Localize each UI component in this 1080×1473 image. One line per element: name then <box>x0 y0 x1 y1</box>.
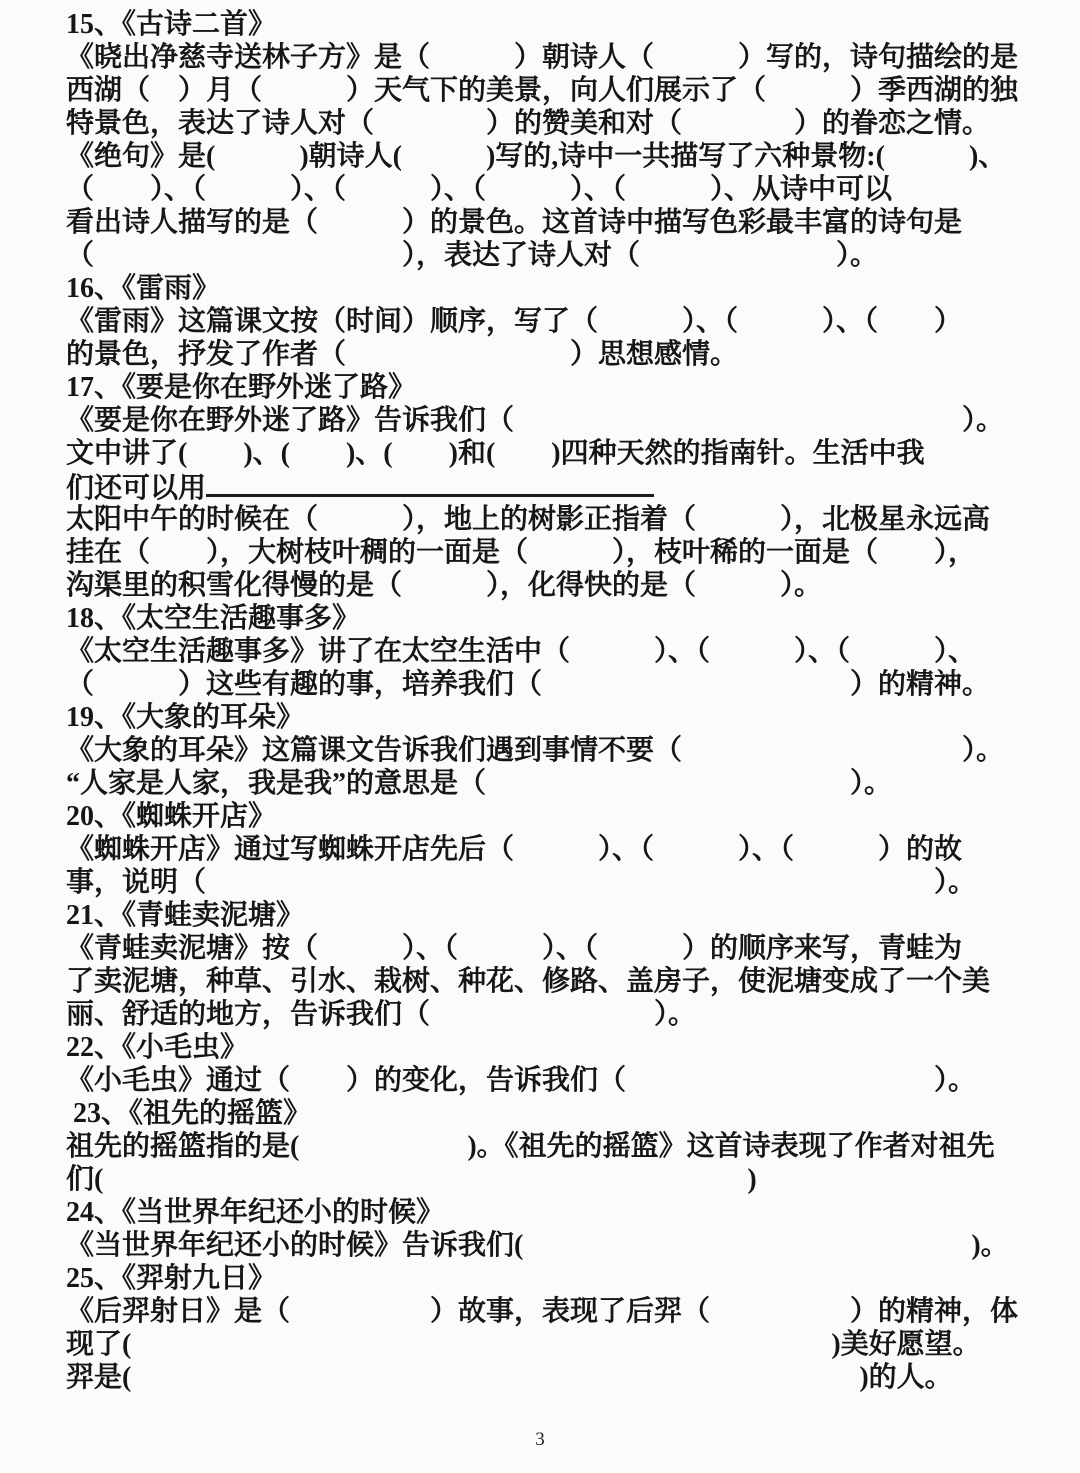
text-line: 沟渠里的积雪化得慢的是（ ），化得快的是（ ）。 <box>66 569 1068 602</box>
text-line: 《绝句》是( )朝诗人( )写的,诗中一共描写了六种景物:( )、 <box>66 140 1068 173</box>
text-line: 《晓出净慈寺送林子方》是（ ）朝诗人（ ）写的，诗句描绘的是 <box>66 41 1068 74</box>
text-line: 《要是你在野外迷了路》告诉我们（ ）。 <box>66 404 1068 437</box>
text-line: （ ）这些有趣的事，培养我们（ ）的精神。 <box>66 668 1068 701</box>
text-line: 现了( )美好愿望。 <box>66 1328 1068 1361</box>
text-line-with-underline: 们还可以用 <box>66 470 1068 503</box>
text-line: “人家是人家，我是我”的意思是（ ）。 <box>66 767 1068 800</box>
item-15-title: 15、《古诗二首》 <box>66 8 1068 41</box>
text-line: 们( ) <box>66 1163 1068 1196</box>
text-line: 羿是( )的人。 <box>66 1361 1068 1394</box>
text-line: 挂在（ ），大树枝叶稠的一面是（ ），枝叶稀的一面是（ ）， <box>66 536 1068 569</box>
page-number: 3 <box>0 1429 1080 1451</box>
text-line: 看出诗人描写的是（ ）的景色。这首诗中描写色彩最丰富的诗句是 <box>66 206 1068 239</box>
text-line: 特景色，表达了诗人对（ ）的赞美和对（ ）的眷恋之情。 <box>66 107 1068 140</box>
item-24-title: 24、《当世界年纪还小的时候》 <box>66 1196 1068 1229</box>
text-line: （ ）、（ ）、（ ）、（ ）、（ ）、从诗中可以 <box>66 173 1068 206</box>
item-19-title: 19、《大象的耳朵》 <box>66 701 1068 734</box>
text-line: 丽、舒适的地方，告诉我们（ ）。 <box>66 998 1068 1031</box>
worksheet-page: 15、《古诗二首》 《晓出净慈寺送林子方》是（ ）朝诗人（ ）写的，诗句描绘的是… <box>0 0 1080 1473</box>
item-21-title: 21、《青蛙卖泥塘》 <box>66 899 1068 932</box>
text-line: 事，说明（ ）。 <box>66 866 1068 899</box>
text-line: 《太空生活趣事多》讲了在太空生活中（ ）、（ ）、（ ）、 <box>66 635 1068 668</box>
text-line: 《后羿射日》是（ ）故事，表现了后羿（ ）的精神，体 <box>66 1295 1068 1328</box>
text-line: 《当世界年纪还小的时候》告诉我们( )。 <box>66 1229 1068 1262</box>
text-line: （ ），表达了诗人对（ ）。 <box>66 239 1068 272</box>
item-17-title: 17、《要是你在野外迷了路》 <box>66 371 1068 404</box>
item-25-title: 25、《羿射九日》 <box>66 1262 1068 1295</box>
text-line: 《青蛙卖泥塘》按（ ）、（ ）、（ ）的顺序来写，青蛙为 <box>66 932 1068 965</box>
worksheet-body: 15、《古诗二首》 《晓出净慈寺送林子方》是（ ）朝诗人（ ）写的，诗句描绘的是… <box>66 8 1068 1394</box>
item-20-title: 20、《蜘蛛开店》 <box>66 800 1068 833</box>
item-22-title: 22、《小毛虫》 <box>66 1031 1068 1064</box>
text-line: 了卖泥塘，种草、引水、栽树、种花、修路、盖房子，使泥塘变成了一个美 <box>66 965 1068 998</box>
fill-in-underline <box>206 470 654 497</box>
text-line: 祖先的摇篮指的是( )。《祖先的摇篮》这首诗表现了作者对祖先 <box>66 1130 1068 1163</box>
text-line: 《大象的耳朵》这篇课文告诉我们遇到事情不要（ ）。 <box>66 734 1068 767</box>
text-line: 的景色，抒发了作者（ ）思想感情。 <box>66 338 1068 371</box>
underline-lead-text: 们还可以用 <box>66 473 206 503</box>
item-23-title: 23、《祖先的摇篮》 <box>66 1097 1068 1130</box>
text-line: 太阳中午的时候在（ ），地上的树影正指着（ ），北极星永远高 <box>66 503 1068 536</box>
text-line: 文中讲了( )、( )、( )和( )四种天然的指南针。生活中我 <box>66 437 1068 470</box>
text-line: 《雷雨》这篇课文按（时间）顺序，写了（ ）、（ ）、（ ） <box>66 305 1068 338</box>
text-line: 《小毛虫》通过（ ）的变化，告诉我们（ ）。 <box>66 1064 1068 1097</box>
text-line: 西湖（ ）月（ ）天气下的美景，向人们展示了（ ）季西湖的独 <box>66 74 1068 107</box>
text-line: 《蜘蛛开店》通过写蜘蛛开店先后（ ）、（ ）、（ ）的故 <box>66 833 1068 866</box>
item-18-title: 18、《太空生活趣事多》 <box>66 602 1068 635</box>
item-16-title: 16、《雷雨》 <box>66 272 1068 305</box>
